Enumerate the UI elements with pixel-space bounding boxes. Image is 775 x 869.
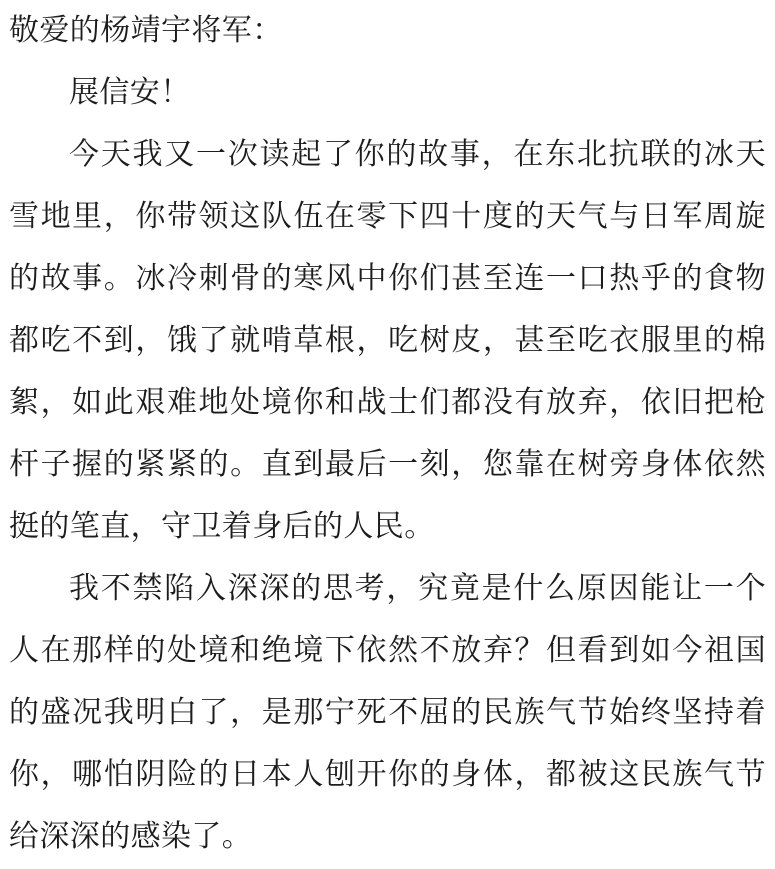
letter-greeting: 展信安！ [9,62,766,124]
letter-document: 敬爱的杨靖宇将军： 展信安！ 今天我又一次读起了你的故事，在东北抗联的冰天雪地里… [0,0,775,869]
letter-paragraph-1: 今天我又一次读起了你的故事，在东北抗联的冰天雪地里，你带领这队伍在零下四十度的天… [9,124,766,558]
letter-paragraph-2: 我不禁陷入深深的思考，究竟是什么原因能让一个人在那样的处境和绝境下依然不放弃？但… [9,558,766,868]
letter-salutation: 敬爱的杨靖宇将军： [9,0,766,62]
